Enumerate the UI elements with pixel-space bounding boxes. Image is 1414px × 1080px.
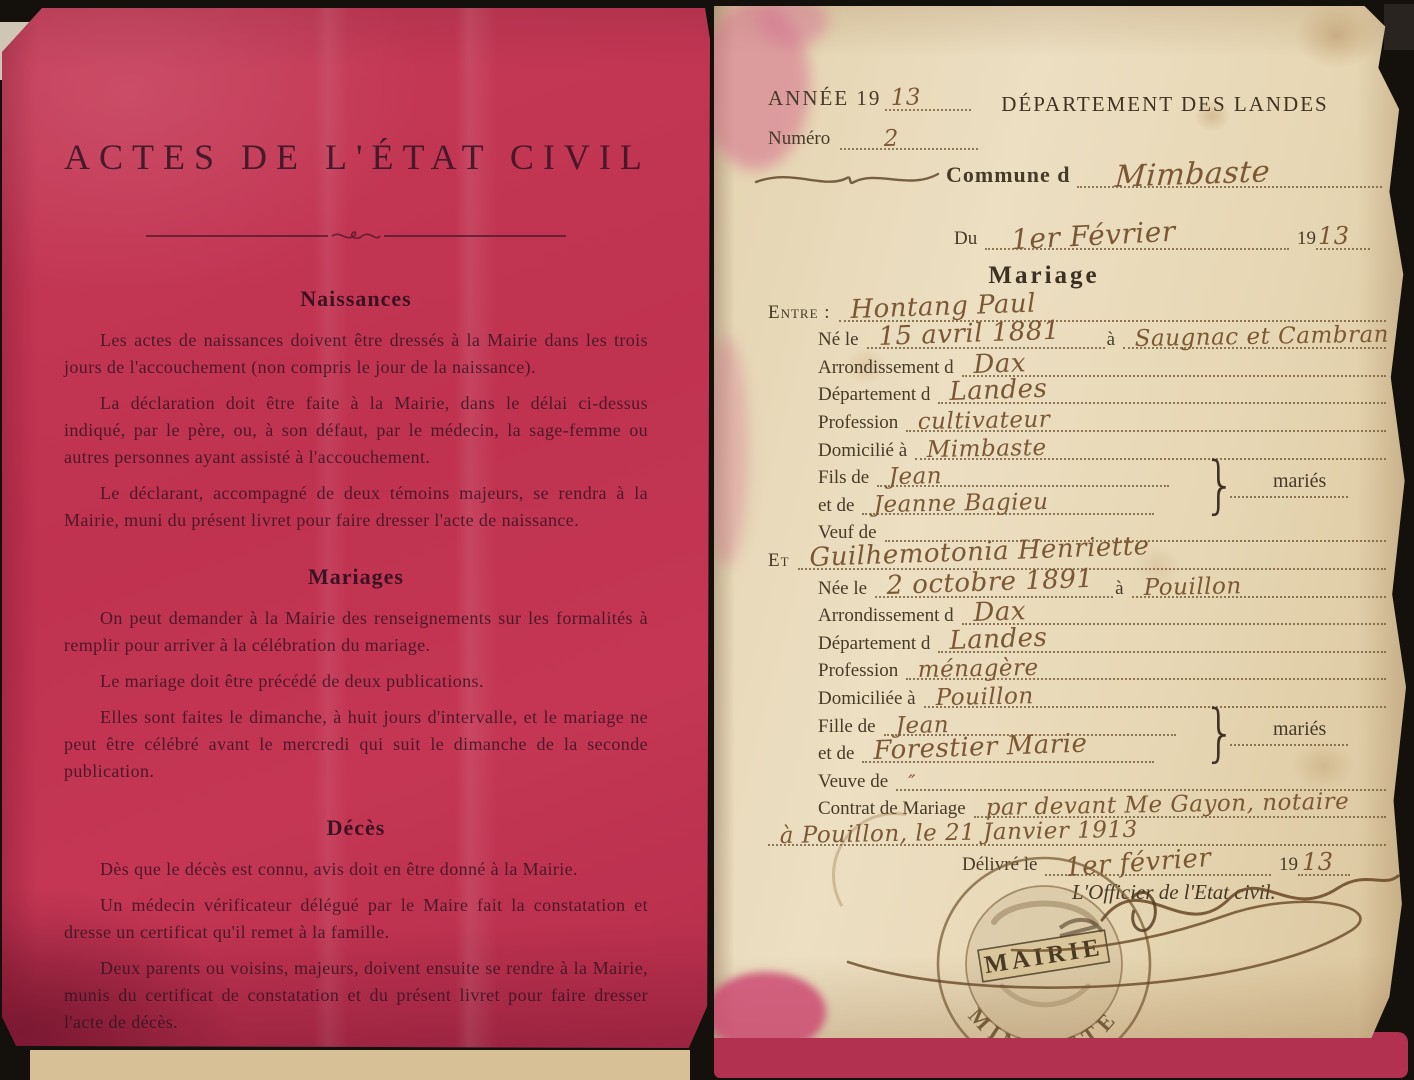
- arrondissement-label: Arrondissement d: [818, 357, 954, 381]
- departement-label: Département d: [818, 384, 930, 408]
- mariage-title: Mariage: [714, 262, 1374, 290]
- form-row-ne-le: Né le 15 avril 1881 à Saugnac et Cambran: [768, 326, 1388, 354]
- veuve-value: ″: [908, 770, 916, 794]
- paragraph: Le déclarant, accompagné de deux témoins…: [64, 480, 648, 534]
- profession-label: Profession: [818, 412, 898, 436]
- du-year-printed: 19: [1297, 228, 1316, 250]
- scanner-bed-bottom: [30, 1050, 690, 1080]
- form-row-arrondissement: Arrondissement d Dax: [768, 602, 1388, 630]
- red-cover-edge-bottom: [714, 1032, 1408, 1078]
- brace-glyph: }: [1203, 702, 1237, 764]
- ne-label: Né le: [818, 329, 859, 353]
- groom-father: Jean: [889, 463, 943, 490]
- form-row-nee-le: Née le 2 octobre 1891 à Pouillon: [768, 574, 1388, 602]
- annee-field: ANNÉE 19 13: [768, 86, 971, 111]
- profession-label: Profession: [818, 660, 898, 684]
- section-heading-mariages: Mariages: [64, 564, 648, 590]
- commune-value: Mimbaste: [1113, 154, 1270, 195]
- maries-dotted-line: [1230, 496, 1348, 498]
- groom-birth-date: 15 avril 1881: [878, 316, 1060, 352]
- groom-domicile: Mimbaste: [927, 434, 1047, 462]
- numero-field: Numéro 2: [768, 128, 978, 150]
- paragraph: Dès que le décès est connu, avis doit en…: [64, 856, 648, 883]
- annee-value: 13: [891, 84, 922, 111]
- form-row-profession: Profession ménagère: [768, 657, 1388, 685]
- form-row-departement: Département d Landes: [768, 381, 1388, 409]
- fils-label: Fils de: [818, 467, 869, 491]
- paragraph: La déclaration doit être faite à la Mair…: [64, 390, 648, 471]
- nee-label: Née le: [818, 578, 867, 602]
- groom-parents-group: Fils de Jean et de Jeanne Bagieu } marié…: [768, 464, 1388, 519]
- commune-field: Commune d Mimbaste: [946, 152, 1382, 188]
- contrat-value-1: par devant Me Gayon, notaire: [985, 789, 1349, 821]
- annee-label: ANNÉE 19: [768, 86, 881, 111]
- groom-birth-place: Saugnac et Cambran: [1135, 322, 1390, 352]
- brace-glyph: }: [1203, 454, 1237, 516]
- groom-mother: Jeanne Bagieu: [874, 489, 1049, 518]
- section-heading-naissances: Naissances: [64, 286, 648, 312]
- etde-label: et de: [818, 495, 854, 519]
- domicile-label: Domiciliée à: [818, 688, 916, 712]
- groom-profession: cultivateur: [918, 407, 1051, 435]
- marriage-form: Entre : Hontang Paul Né le 15 avril 1881…: [768, 298, 1388, 850]
- right-form-page: ANNÉE 19 13 DÉPARTEMENT DES LANDES Numér…: [714, 6, 1406, 1038]
- veuve-label: Veuve de: [818, 771, 888, 795]
- fille-label: Fille de: [818, 716, 876, 740]
- form-row-arrondissement: Arrondissement d Dax: [768, 353, 1388, 381]
- numero-value: 2: [884, 126, 900, 152]
- form-row-entre: Entre : Hontang Paul: [768, 298, 1388, 326]
- maries-label: mariés: [1273, 470, 1326, 493]
- section-heading-deces: Décès: [64, 815, 648, 841]
- maries-dotted-line: [1230, 744, 1348, 746]
- signature-icon: [832, 858, 1404, 1008]
- date-field: Du 1er Février 19 13: [954, 218, 1370, 250]
- form-row-domiciliee: Domiciliée à Pouillon: [768, 684, 1388, 712]
- numero-label: Numéro: [768, 128, 830, 150]
- du-year-value: 13: [1318, 222, 1350, 250]
- paragraph: Le mariage doit être précédé de deux pub…: [64, 668, 648, 695]
- bride-domicile: Pouillon: [935, 683, 1033, 711]
- etde-label: et de: [818, 743, 854, 767]
- du-label: Du: [954, 228, 977, 250]
- du-value: 1er Février: [1010, 215, 1176, 257]
- groom-departement: Landes: [949, 374, 1048, 407]
- divider: [146, 228, 566, 244]
- a-label: à: [1115, 578, 1123, 602]
- bride-profession: ménagère: [918, 655, 1039, 683]
- paragraph: Elles sont faites le dimanche, à huit jo…: [64, 704, 648, 785]
- bride-mother: Forestier Marie: [873, 729, 1088, 766]
- bride-birth-place: Pouillon: [1143, 573, 1241, 601]
- bride-departement: Landes: [949, 622, 1048, 655]
- paragraph: Un médecin vérificateur délégué par le M…: [64, 892, 648, 946]
- commune-label: Commune d: [946, 162, 1071, 188]
- form-row-profession: Profession cultivateur: [768, 408, 1388, 436]
- departement-label: Département d: [818, 633, 930, 657]
- book-edge-top-right: [1384, 4, 1414, 50]
- departement-header: DÉPARTEMENT DES LANDES: [950, 92, 1380, 117]
- paragraph: On peut demander à la Mairie des renseig…: [64, 605, 648, 659]
- et-label: Et: [768, 550, 790, 574]
- arrondissement-label: Arrondissement d: [818, 605, 954, 629]
- left-cover-page: ACTES DE L'ÉTAT CIVIL Naissances Les act…: [2, 8, 710, 1048]
- page-title: ACTES DE L'ÉTAT CIVIL: [64, 136, 648, 178]
- entre-label: Entre :: [768, 302, 831, 326]
- divider-ornament-icon: [328, 228, 384, 244]
- a-label: à: [1107, 329, 1115, 353]
- paragraph: Les actes de naissances doivent être dre…: [64, 327, 648, 381]
- form-row-departement: Département d Landes: [768, 629, 1388, 657]
- domicile-label: Domicilié à: [818, 440, 907, 464]
- bride-parents-group: Fille de Jean et de Forestier Marie } ma…: [768, 712, 1388, 767]
- flourish-icon: [752, 164, 942, 194]
- paragraph: Deux parents ou voisins, majeurs, doiven…: [64, 955, 648, 1036]
- maries-label: mariés: [1273, 718, 1326, 741]
- form-row-domicilie: Domicilié à Mimbaste: [768, 436, 1388, 464]
